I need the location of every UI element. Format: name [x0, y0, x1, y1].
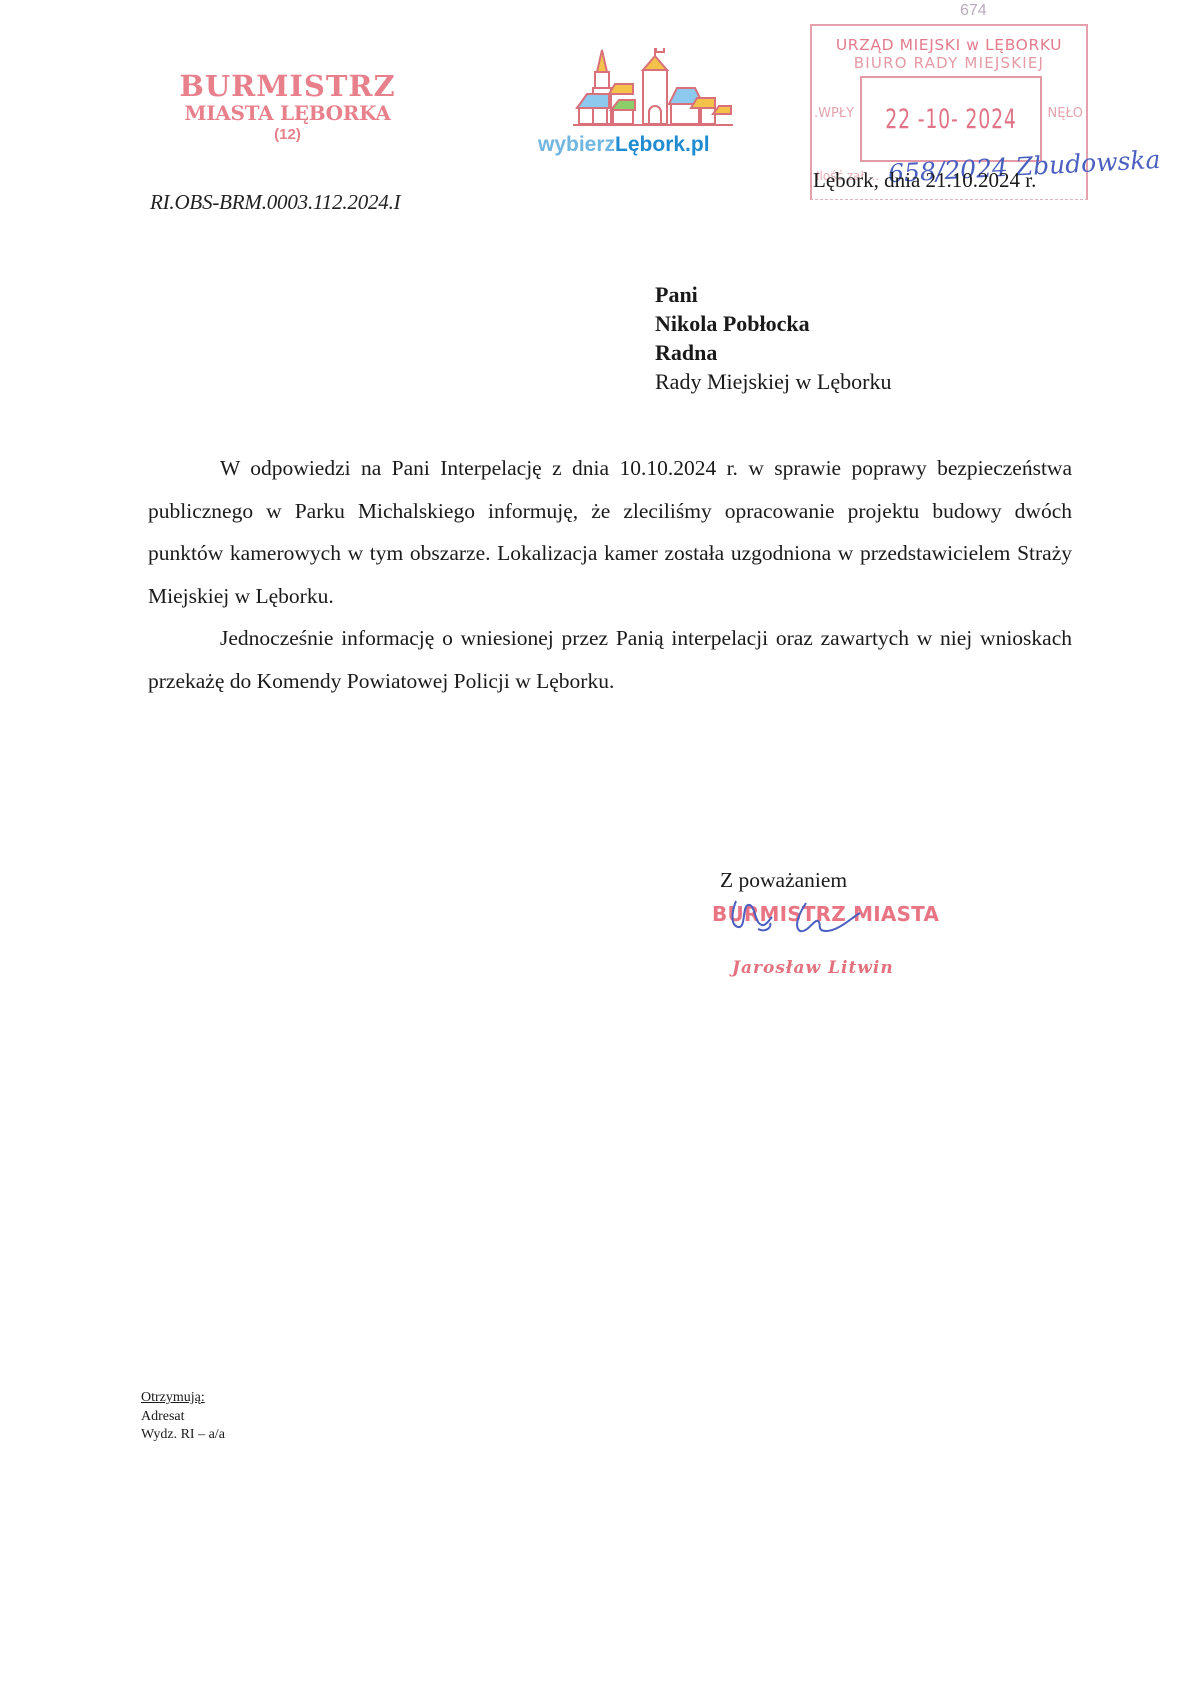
body-paragraph: W odpowiedzi na Pani Interpelację z dnia… — [148, 447, 1072, 617]
signature-stamp-name: Jarosław Litwin — [732, 958, 894, 978]
recipients-list: Otrzymują: Adresat Wydz. RI – a/a — [141, 1389, 225, 1445]
handwritten-note: 674 — [960, 2, 987, 20]
received-label-left: .WPŁY — [814, 106, 854, 121]
mayor-stamp: BURMISTRZ MIASTA LĘBORKA (12) — [175, 72, 400, 142]
stamp-department: BIURO RADY MIEJSKIEJ — [812, 54, 1086, 72]
handwritten-signature-icon — [728, 897, 878, 945]
addressee-block: Pani Nikola Pobłocka Radna Rady Miejskie… — [655, 280, 891, 396]
addressee-body: Rady Miejskiej w Lęborku — [655, 367, 891, 396]
body-paragraph: Jednocześnie informację o wniesionej prz… — [148, 617, 1072, 702]
recipients-heading: Otrzymują: — [141, 1389, 225, 1408]
mayor-stamp-number: (12) — [175, 127, 400, 142]
town-skyline-icon — [573, 48, 733, 130]
addressee-title: Radna — [655, 338, 891, 367]
mayor-stamp-city: MIASTA LĘBORKA — [175, 103, 400, 123]
stamp-date-box: 22 -10- 2024 — [860, 76, 1042, 162]
logo-text: wybierzLębork.pl — [538, 133, 710, 157]
city-logo: wybierzLębork.pl — [538, 48, 750, 163]
reference-number: RI.OBS-BRM.0003.112.2024.I — [150, 190, 400, 215]
addressee-name: Nikola Pobłocka — [655, 309, 891, 338]
received-label-right: NĘŁO — [1048, 106, 1083, 121]
closing: Z poważaniem — [720, 868, 847, 893]
recipient-item: Adresat — [141, 1408, 225, 1427]
mayor-stamp-title: BURMISTRZ — [175, 72, 400, 101]
place-and-date: Lębork, dnia 21.10.2024 r. — [813, 168, 1036, 193]
received-date: 22 -10- 2024 — [882, 104, 1021, 135]
recipient-item: Wydz. RI – a/a — [141, 1426, 225, 1445]
addressee-salutation: Pani — [655, 280, 891, 309]
letter-body: W odpowiedzi na Pani Interpelację z dnia… — [148, 447, 1072, 702]
stamp-office: URZĄD MIEJSKI w LĘBORKU — [812, 36, 1086, 54]
